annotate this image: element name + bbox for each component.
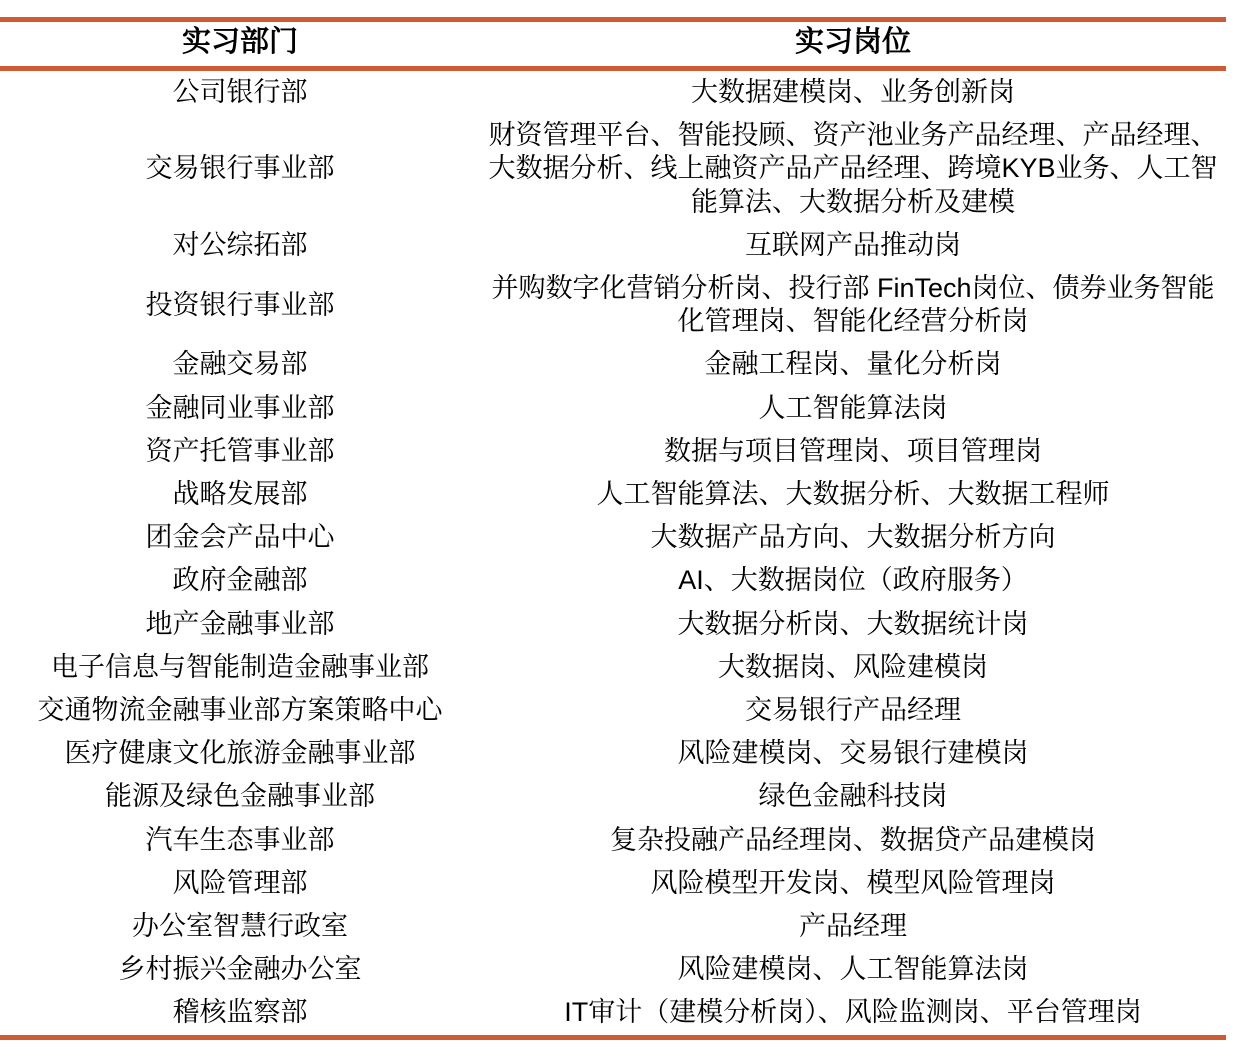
positions-cell: 金融工程岗、量化分析岗: [480, 343, 1226, 386]
department-cell: 政府金融部: [0, 559, 480, 602]
table-row: 医疗健康文化旅游金融事业部 风险建模岗、交易银行建模岗: [0, 732, 1226, 775]
department-cell: 汽车生态事业部: [0, 819, 480, 862]
table-row: 乡村振兴金融办公室 风险建模岗、人工智能算法岗: [0, 948, 1226, 991]
department-cell: 投资银行事业部: [0, 267, 480, 343]
positions-cell: 互联网产品推动岗: [480, 224, 1226, 267]
positions-cell: AI、大数据岗位（政府服务）: [480, 559, 1226, 602]
positions-cell: 人工智能算法、大数据分析、大数据工程师: [480, 473, 1226, 516]
table-row: 资产托管事业部 数据与项目管理岗、项目管理岗: [0, 430, 1226, 473]
internship-table-page: 实习部门 实习岗位 公司银行部 大数据建模岗、业务创新岗 交易银行事业部 财资管…: [0, 0, 1242, 1040]
table-body: 公司银行部 大数据建模岗、业务创新岗 交易银行事业部 财资管理平台、智能投顾、资…: [0, 68, 1226, 1037]
department-cell: 金融交易部: [0, 343, 480, 386]
positions-cell: 数据与项目管理岗、项目管理岗: [480, 430, 1226, 473]
table-row: 电子信息与智能制造金融事业部 大数据岗、风险建模岗: [0, 646, 1226, 689]
table-row: 金融同业事业部 人工智能算法岗: [0, 387, 1226, 430]
table-row: 投资银行事业部 并购数字化营销分析岗、投行部 FinTech岗位、债券业务智能化…: [0, 267, 1226, 343]
department-cell: 地产金融事业部: [0, 603, 480, 646]
department-cell: 团金会产品中心: [0, 516, 480, 559]
table-row: 能源及绿色金融事业部 绿色金融科技岗: [0, 775, 1226, 818]
department-cell: 交易银行事业部: [0, 114, 480, 224]
positions-cell: 并购数字化营销分析岗、投行部 FinTech岗位、债券业务智能化管理岗、智能化经…: [480, 267, 1226, 343]
table-row: 战略发展部 人工智能算法、大数据分析、大数据工程师: [0, 473, 1226, 516]
table-row: 办公室智慧行政室 产品经理: [0, 905, 1226, 948]
table-row: 交通物流金融事业部方案策略中心 交易银行产品经理: [0, 689, 1226, 732]
table-row: 风险管理部 风险模型开发岗、模型风险管理岗: [0, 862, 1226, 905]
department-cell: 稽核监察部: [0, 991, 480, 1037]
department-cell: 办公室智慧行政室: [0, 905, 480, 948]
positions-cell: 大数据产品方向、大数据分析方向: [480, 516, 1226, 559]
positions-cell: 大数据建模岗、业务创新岗: [480, 68, 1226, 114]
table-row: 政府金融部 AI、大数据岗位（政府服务）: [0, 559, 1226, 602]
department-cell: 战略发展部: [0, 473, 480, 516]
table-row: 稽核监察部 IT审计（建模分析岗）、风险监测岗、平台管理岗: [0, 991, 1226, 1037]
positions-cell: IT审计（建模分析岗）、风险监测岗、平台管理岗: [480, 991, 1226, 1037]
positions-cell: 大数据岗、风险建模岗: [480, 646, 1226, 689]
positions-cell: 财资管理平台、智能投顾、资产池业务产品经理、产品经理、大数据分析、线上融资产品产…: [480, 114, 1226, 224]
column-header-department: 实习部门: [0, 20, 480, 69]
department-cell: 能源及绿色金融事业部: [0, 775, 480, 818]
header-row: 实习部门 实习岗位: [0, 20, 1226, 69]
positions-cell: 绿色金融科技岗: [480, 775, 1226, 818]
positions-cell: 交易银行产品经理: [480, 689, 1226, 732]
positions-cell: 人工智能算法岗: [480, 387, 1226, 430]
table-row: 对公综拓部 互联网产品推动岗: [0, 224, 1226, 267]
positions-cell: 风险建模岗、人工智能算法岗: [480, 948, 1226, 991]
table-row: 公司银行部 大数据建模岗、业务创新岗: [0, 68, 1226, 114]
table-row: 金融交易部 金融工程岗、量化分析岗: [0, 343, 1226, 386]
department-cell: 公司银行部: [0, 68, 480, 114]
table-row: 交易银行事业部 财资管理平台、智能投顾、资产池业务产品经理、产品经理、大数据分析…: [0, 114, 1226, 224]
table-row: 汽车生态事业部 复杂投融产品经理岗、数据贷产品建模岗: [0, 819, 1226, 862]
positions-cell: 复杂投融产品经理岗、数据贷产品建模岗: [480, 819, 1226, 862]
table-header: 实习部门 实习岗位: [0, 20, 1226, 69]
positions-cell: 大数据分析岗、大数据统计岗: [480, 603, 1226, 646]
department-cell: 金融同业事业部: [0, 387, 480, 430]
column-header-positions: 实习岗位: [480, 20, 1226, 69]
department-cell: 医疗健康文化旅游金融事业部: [0, 732, 480, 775]
internship-table: 实习部门 实习岗位 公司银行部 大数据建模岗、业务创新岗 交易银行事业部 财资管…: [0, 17, 1226, 1040]
department-cell: 资产托管事业部: [0, 430, 480, 473]
positions-cell: 风险建模岗、交易银行建模岗: [480, 732, 1226, 775]
table-row: 地产金融事业部 大数据分析岗、大数据统计岗: [0, 603, 1226, 646]
department-cell: 电子信息与智能制造金融事业部: [0, 646, 480, 689]
department-cell: 交通物流金融事业部方案策略中心: [0, 689, 480, 732]
table-row: 团金会产品中心 大数据产品方向、大数据分析方向: [0, 516, 1226, 559]
positions-cell: 风险模型开发岗、模型风险管理岗: [480, 862, 1226, 905]
department-cell: 风险管理部: [0, 862, 480, 905]
department-cell: 对公综拓部: [0, 224, 480, 267]
department-cell: 乡村振兴金融办公室: [0, 948, 480, 991]
positions-cell: 产品经理: [480, 905, 1226, 948]
